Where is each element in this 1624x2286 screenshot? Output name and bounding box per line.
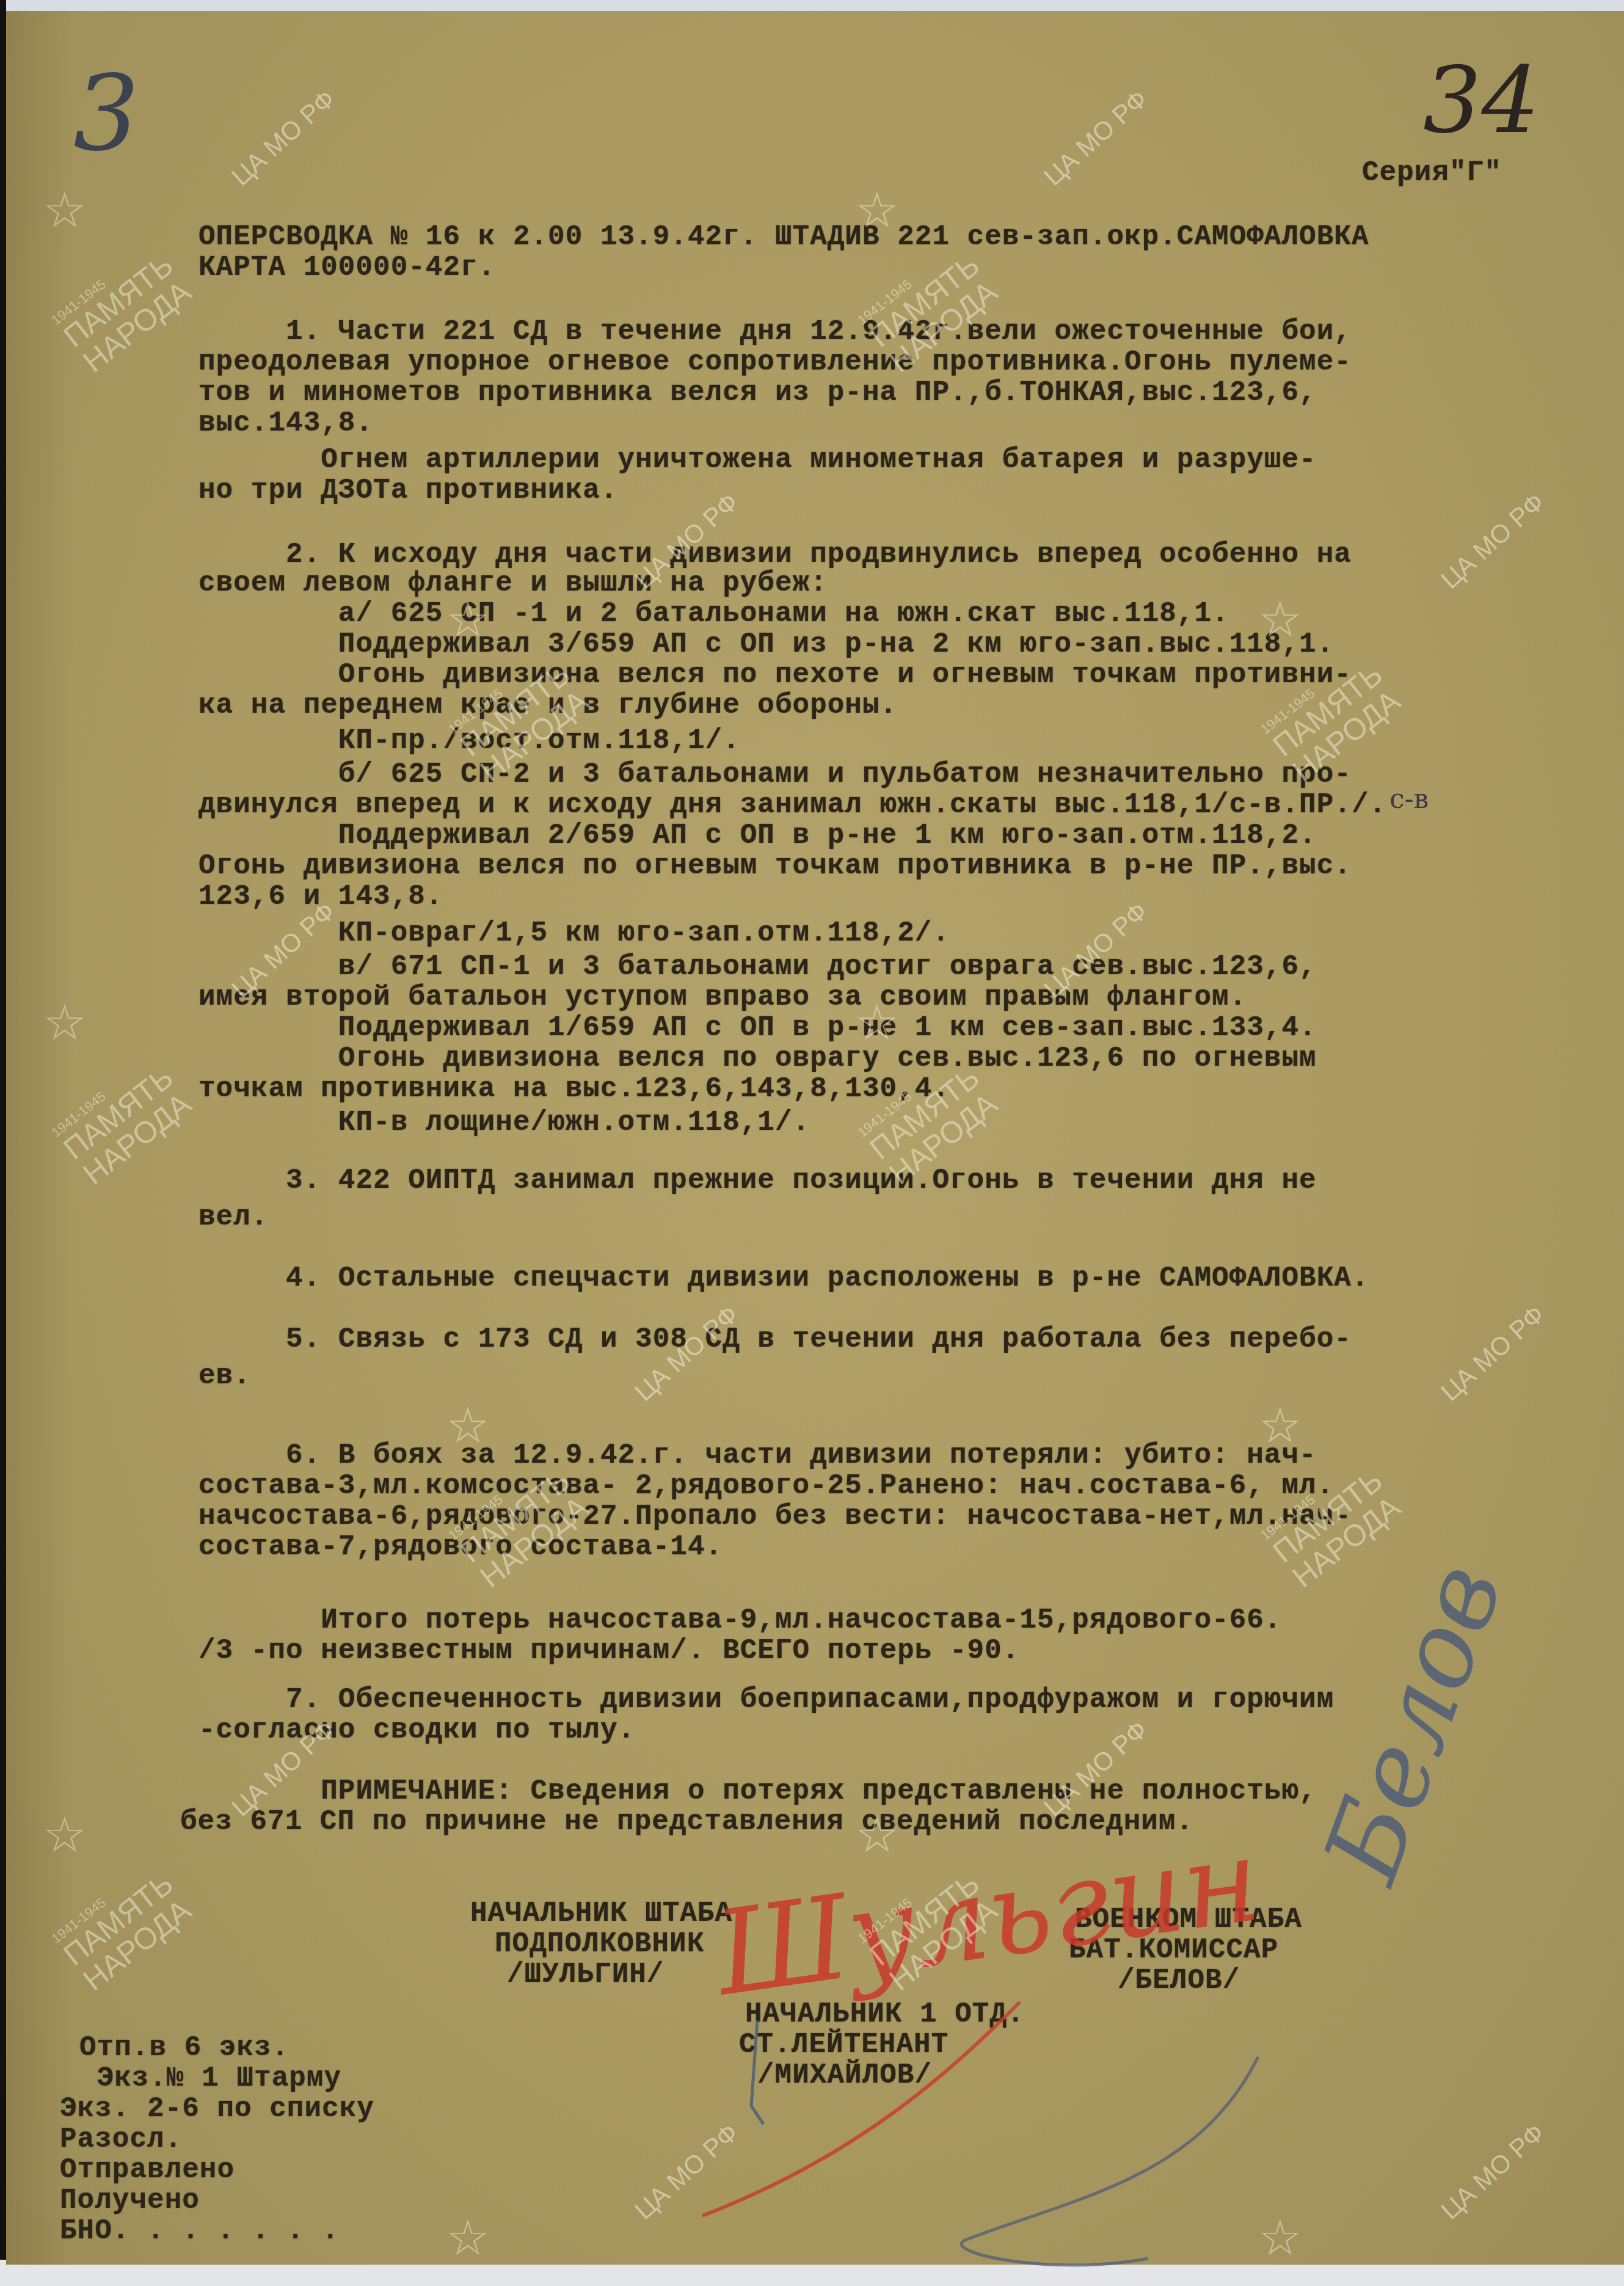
watermark-archive: ЦА МО РФ <box>226 84 341 192</box>
text-line: 4. Остальные спецчасти дивизии расположе… <box>198 1263 1369 1294</box>
star-watermark-icon: ☆ <box>43 1807 87 1863</box>
distribution-line: Экз. 2-6 по списку <box>60 2094 374 2124</box>
text-line: -согласно сводки по тылу. <box>198 1715 635 1745</box>
star-watermark-icon: ☆ <box>855 994 899 1051</box>
text-line: точкам противника на выс.123,6,143,8,130… <box>198 1074 950 1104</box>
scan-border-left <box>0 0 6 2286</box>
text-line: но три ДЗОТа противника. <box>198 475 618 506</box>
distribution-line: БНО. . . . . . . <box>60 2216 340 2246</box>
text-line: 1. Части 221 СД в течение дня 12.9.42г.в… <box>198 316 1352 347</box>
text-line: ПРИМЕЧАНИЕ: Сведения о потерях представл… <box>198 1776 1317 1807</box>
signature-name: /ШУЛЬГИН/ <box>507 1959 664 1990</box>
signature-title: НАЧАЛЬНИК ШТАБА <box>470 1898 732 1929</box>
text-line: 2. К исходу дня части дивизии продвинули… <box>198 539 1352 570</box>
text-line: тов и минометов противника велся из р-на… <box>198 377 1317 408</box>
text-line: без 671 СП по причине не представления с… <box>180 1807 1193 1837</box>
corner-mark: 3 <box>73 54 139 175</box>
text-line: выс.143,8. <box>198 408 373 439</box>
distribution-line: Отправлено <box>60 2155 235 2185</box>
text-line: Поддерживал 3/659 АП с ОП из р-на 2 км ю… <box>198 629 1334 660</box>
text-line: Огонь дивизиона велся по огневым точкам … <box>198 851 1352 881</box>
document-page: 3 34 Серия"Г" ОПЕРСВОДКА № 16 к 2.00 13.… <box>6 11 1624 2265</box>
text-line: Поддерживал 2/659 АП с ОП в р-не 1 км юг… <box>198 820 1317 851</box>
watermark-archive: ЦА МО РФ <box>1038 84 1153 192</box>
watermark-memory: 1941-1945ПАМЯТЬ НАРОДА <box>49 237 198 377</box>
series-label: Серия"Г" <box>1362 158 1502 188</box>
star-watermark-icon: ☆ <box>446 1397 490 1454</box>
signature-name: /БЕЛОВ/ <box>1118 1965 1240 1996</box>
text-line: ев. <box>198 1361 251 1391</box>
text-line: Огнем артиллерии уничтожена минометная б… <box>198 445 1317 475</box>
star-watermark-icon: ☆ <box>855 182 899 239</box>
text-line: в/ 671 СП-1 и 3 батальонами достиг овраг… <box>198 952 1317 982</box>
star-watermark-icon: ☆ <box>1258 1397 1302 1454</box>
text-line: а/ 625 СП -1 и 2 батальонами на южн.скат… <box>198 599 1229 629</box>
star-watermark-icon: ☆ <box>43 994 87 1051</box>
star-watermark-icon: ☆ <box>1258 2210 1302 2266</box>
text-line: /3 -по неизвестным причинам/. ВСЕГО поте… <box>198 1636 1019 1666</box>
distribution-line: Экз.№ 1 Штарму <box>79 2063 341 2094</box>
watermark-archive: ЦА МО РФ <box>1435 2118 1550 2226</box>
text-line: имея второй батальон уступом вправо за с… <box>198 982 1247 1013</box>
star-watermark-icon: ☆ <box>43 182 87 239</box>
text-line: б/ 625 СП-2 и 3 батальонами и пульбатом … <box>198 759 1352 790</box>
text-line: Огонь дивизиона велся по пехоте и огневы… <box>198 660 1352 690</box>
report-map-ref: КАРТА 100000-42г. <box>198 252 495 283</box>
text-line: состава-3,мл.комсостава- 2,рядового-25.Р… <box>198 1471 1334 1501</box>
signature-rank: ПОДПОЛКОВНИК <box>495 1929 704 1959</box>
text-line: Поддерживал 1/659 АП с ОП в р-не 1 км се… <box>198 1013 1317 1043</box>
archive-page-number: 34 <box>1423 48 1540 154</box>
distribution-line: Отп.в 6 экз. <box>79 2033 289 2063</box>
watermark-archive: ЦА МО РФ <box>1435 487 1550 595</box>
star-watermark-icon: ☆ <box>1258 591 1302 648</box>
text-line: 7. Обеспеченность дивизии боеприпасами,п… <box>198 1684 1334 1715</box>
text-line: своем левом фланге и вышли на рубеж: <box>198 568 828 599</box>
text-line: КП-в лощине/южн.отм.118,1/. <box>198 1107 810 1138</box>
text-line: 3. 422 ОИПТД занимал прежние позиции.Ого… <box>198 1165 1317 1196</box>
watermark-archive: ЦА МО РФ <box>1435 1300 1550 1407</box>
text-line: начсостава-6,рядового-27.Пропало без вес… <box>198 1501 1352 1532</box>
text-line: 5. Связь с 173 СД и 308 СД в течении дня… <box>198 1324 1352 1355</box>
distribution-line: Разосл. <box>60 2124 182 2155</box>
distribution-line: Получено <box>60 2185 200 2216</box>
handwritten-signature-blue: Белов <box>1301 1548 1526 1897</box>
star-watermark-icon: ☆ <box>446 591 490 648</box>
text-line: двинулся вперед и к исходу дня занимал ю… <box>198 790 1386 820</box>
star-watermark-icon: ☆ <box>855 1807 899 1863</box>
text-line: 6. В боях за 12.9.42.г. части дивизии по… <box>198 1440 1317 1471</box>
text-line: вел. <box>198 1202 268 1232</box>
report-title: ОПЕРСВОДКА № 16 к 2.00 13.9.42г. ШТАДИВ … <box>198 222 1369 252</box>
inline-handwritten-note: с-в <box>1389 784 1429 815</box>
watermark-memory: 1941-1945ПАМЯТЬ НАРОДА <box>49 1855 198 1996</box>
watermark-memory: 1941-1945ПАМЯТЬ НАРОДА <box>49 1049 198 1190</box>
text-line: Итого потерь начсостава-9,мл.начсостава-… <box>198 1605 1281 1636</box>
text-line: Огонь дивизиона велся по оврагу сев.выс.… <box>198 1043 1317 1074</box>
text-line: преодолевая упорное огневое сопротивлени… <box>198 347 1352 377</box>
star-watermark-icon: ☆ <box>446 2210 490 2266</box>
